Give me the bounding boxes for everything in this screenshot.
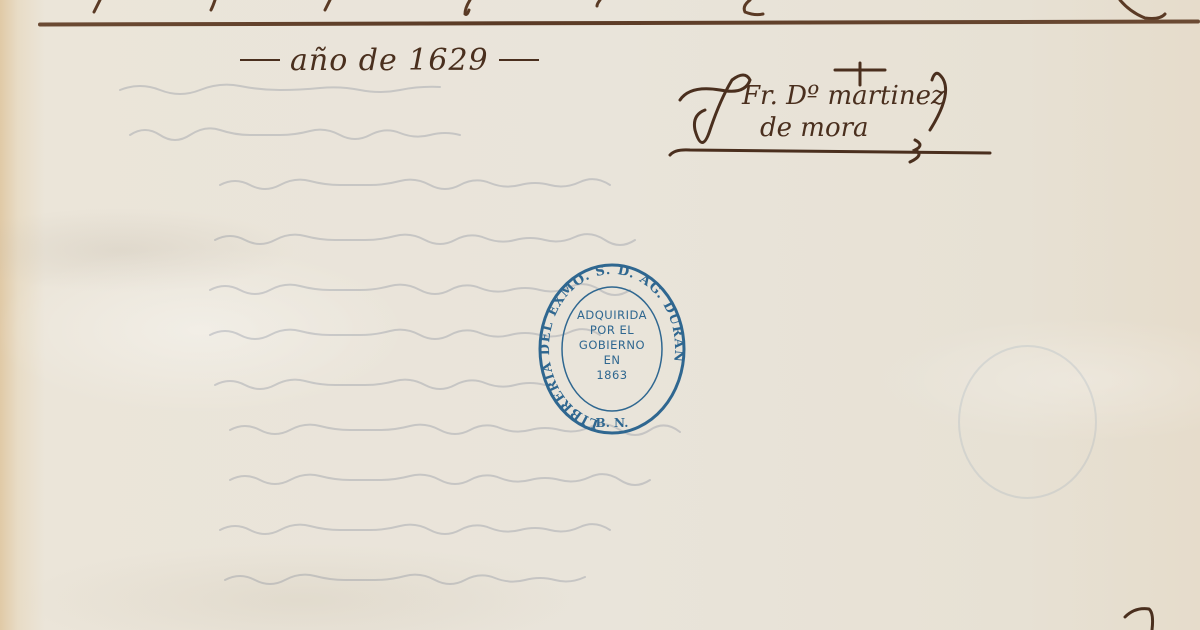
stamp-line: 1863 (537, 368, 687, 383)
page-corner-mark (1120, 605, 1160, 630)
dash-left (240, 59, 280, 61)
stamp-line: ADQUIRIDA (537, 308, 687, 323)
signature-line-1: Fr. Dº martinez (742, 81, 945, 111)
signature-line-2: de mora (760, 113, 869, 143)
year-heading-text: año de 1629 (290, 43, 489, 78)
faded-stamp-bleed (958, 345, 1097, 499)
year-heading: año de 1629 (240, 40, 539, 80)
stamp-inner-text: ADQUIRIDA POR EL GOBIERNO EN 1863 (537, 308, 687, 383)
stamp-line: GOBIERNO (537, 338, 687, 353)
manuscript-page: año de 1629 Fr. Dº martinez de mora LI (0, 0, 1200, 630)
library-stamp: LIBRERIA DEL EXMO. S. D. AG. DURAN B. N.… (537, 262, 687, 437)
stamp-line: POR EL (537, 323, 687, 338)
stamp-line: EN (537, 353, 687, 368)
signature: Fr. Dº martinez de mora (660, 55, 1020, 165)
dash-right (499, 59, 539, 61)
stamp-bottom-text: B. N. (596, 416, 629, 430)
